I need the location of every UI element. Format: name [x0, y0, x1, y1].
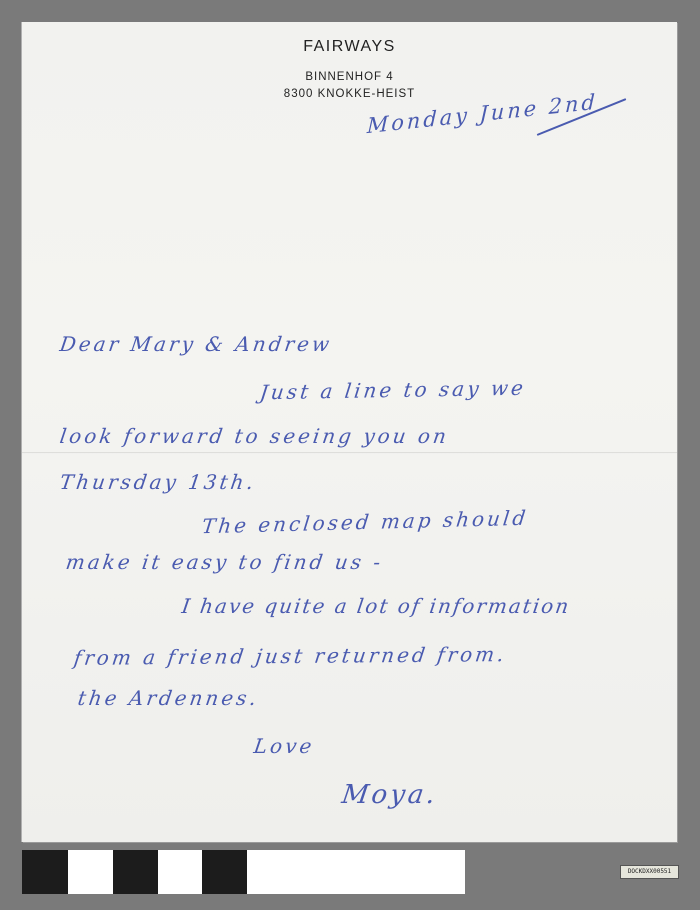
body-line-6: I have quite a lot of information [180, 594, 572, 618]
letterhead-street: BINNENHOF 4 [22, 71, 677, 83]
body-line-1: Just a line to say we [259, 376, 528, 405]
calibration-block-black-2 [113, 850, 158, 894]
calibration-block-white-1 [68, 850, 113, 894]
letterhead-name: FAIRWAYS [22, 38, 677, 56]
body-line-3: Thursday 13th. [58, 470, 257, 494]
calibration-block-black-3 [202, 850, 247, 894]
fold-crease [22, 452, 677, 454]
letter-page: FAIRWAYS BINNENHOF 4 8300 KNOKKE-HEIST M… [22, 22, 677, 842]
body-line-5: make it easy to find us - [64, 550, 385, 574]
salutation: Dear Mary & Andrew [58, 332, 334, 356]
archive-label: DOCKDXX00551 [620, 865, 679, 879]
body-line-7: from a friend just returned from. [72, 642, 508, 670]
body-line-8: the Ardennes. [76, 686, 260, 710]
calibration-block-black-1 [22, 850, 68, 894]
closing: Love [252, 734, 316, 758]
calibration-block-white-3 [247, 850, 465, 894]
signature: Moya. [340, 780, 440, 810]
calibration-block-white-2 [158, 850, 202, 894]
body-line-4: The enclosed map should [201, 506, 530, 539]
body-line-2: look forward to seeing you on [58, 424, 450, 448]
